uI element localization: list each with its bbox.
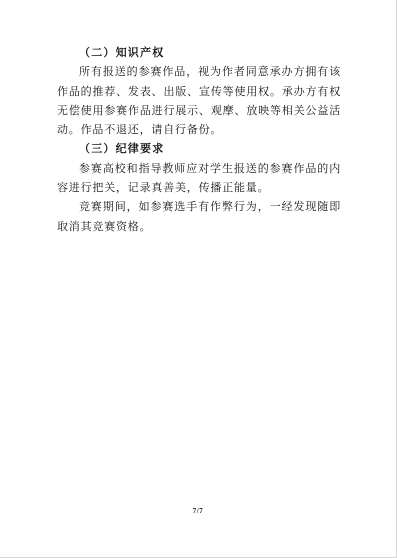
page-number: 7/7 — [0, 507, 396, 515]
section-heading-discipline-requirements: （三）纪律要求 — [57, 140, 341, 159]
document-page: （二）知识产权 所有报送的参赛作品，视为作者同意承办方拥有该作品的推荐、发表、出… — [0, 0, 397, 558]
paragraph-cheating-disqualification: 竞赛期间，如参赛选手有作弊行为，一经发现随即取消其竞赛资格。 — [57, 198, 341, 237]
paragraph-ip-terms: 所有报送的参赛作品，视为作者同意承办方拥有该作品的推荐、发表、出版、宣传等使用权… — [57, 63, 341, 140]
section-heading-intellectual-property: （二）知识产权 — [57, 44, 341, 63]
document-body: （二）知识产权 所有报送的参赛作品，视为作者同意承办方拥有该作品的推荐、发表、出… — [57, 44, 341, 237]
paragraph-content-review: 参赛高校和指导教师应对学生报送的参赛作品的内容进行把关，记录真善美，传播正能量。 — [57, 160, 341, 199]
